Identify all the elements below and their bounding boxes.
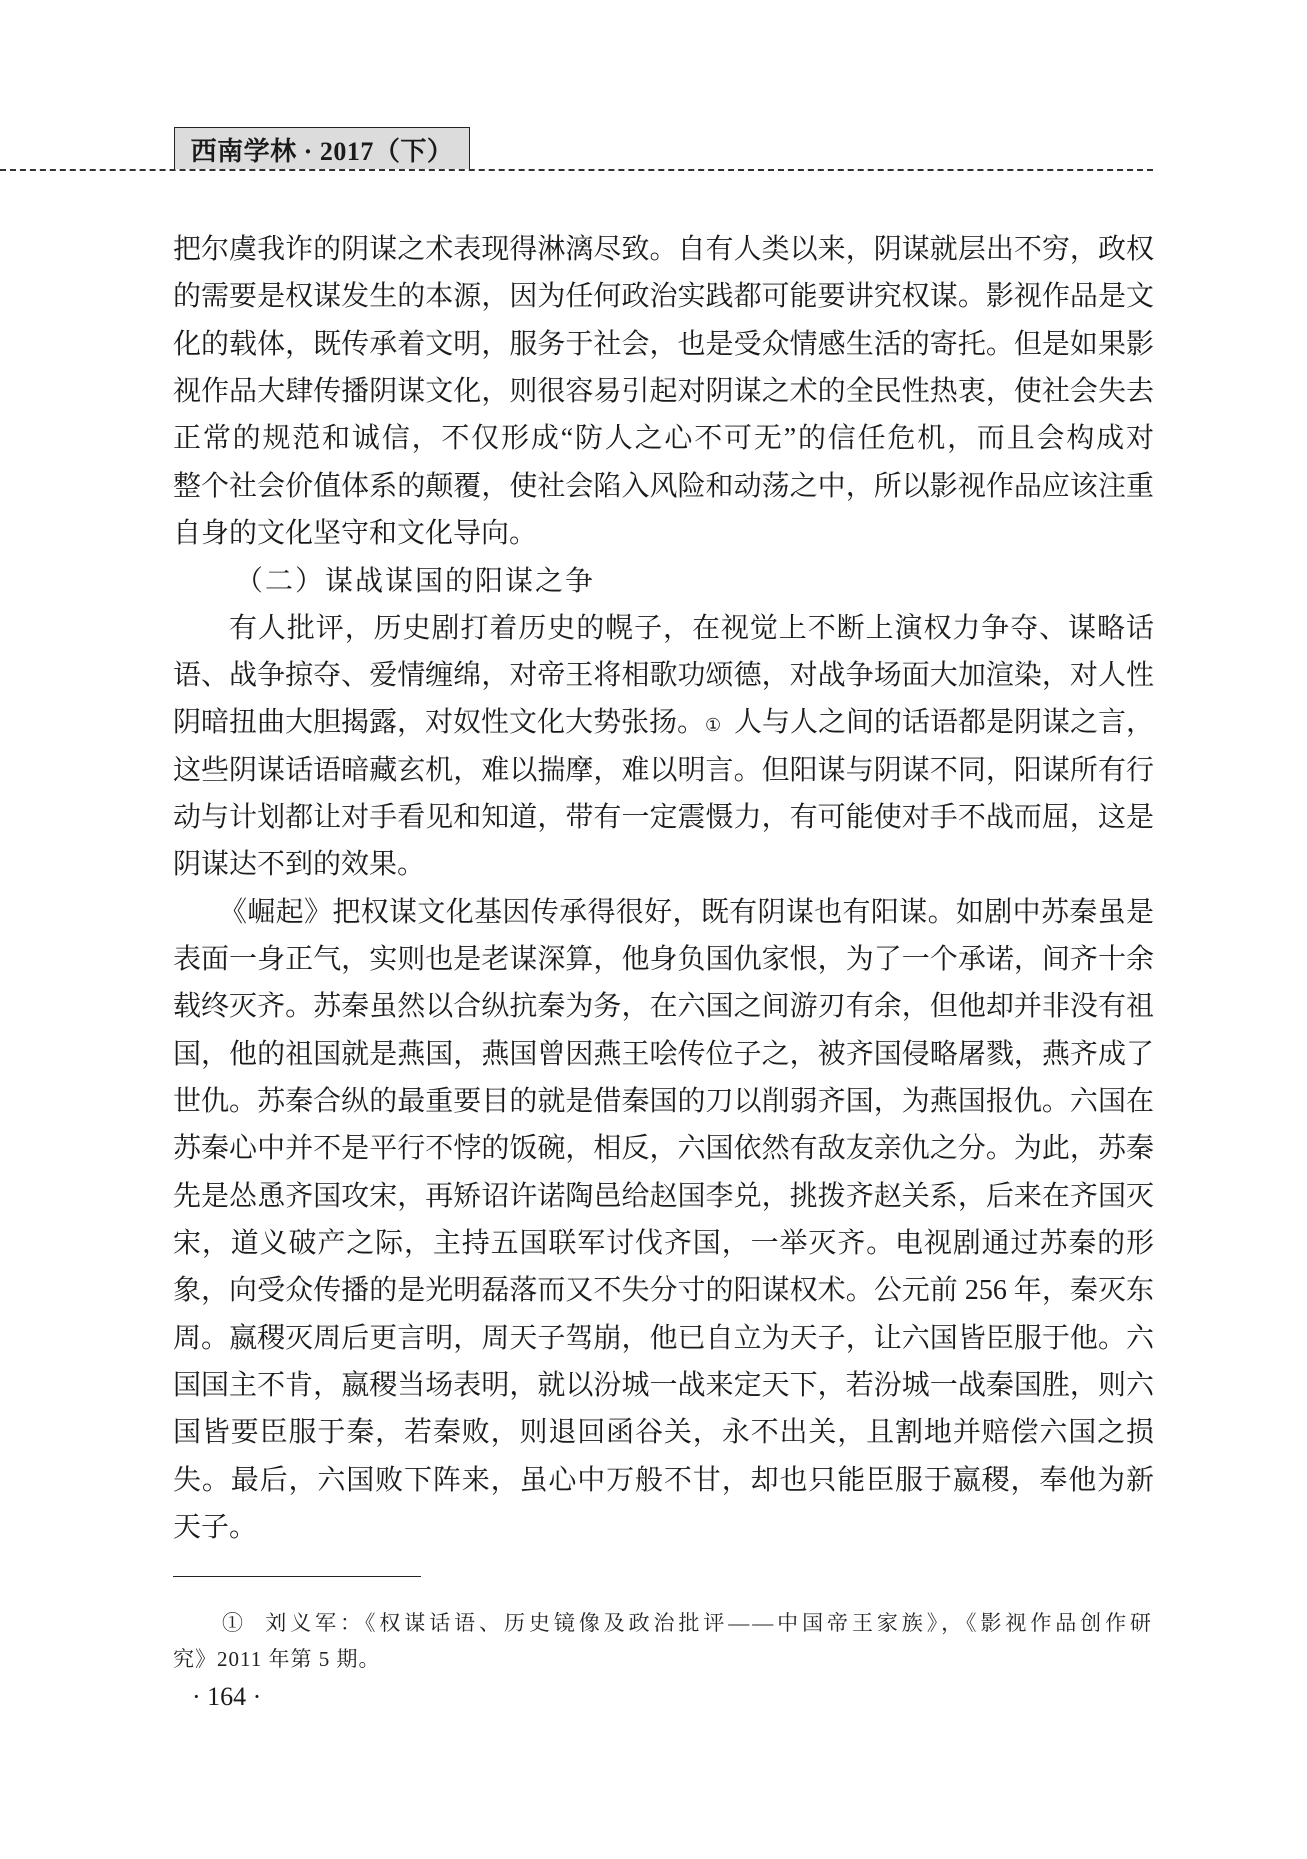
text-line: 正常的规范和诚信，不仅形成“防人之心不可无”的信任危机，而且会构成对 xyxy=(173,415,1154,462)
text-line: 自身的文化坚守和文化导向。 xyxy=(173,510,1154,557)
text-line: 有人批评，历史剧打着历史的幌子，在视觉上不断上演权力争夺、谋略话 xyxy=(173,605,1154,652)
running-head-box: 西南学林 · 2017（下） xyxy=(174,127,470,169)
page-number: · 164 · xyxy=(192,1682,261,1712)
text-line: 这些阴谋话语暗藏玄机，难以揣摩，难以明言。但阳谋与阴谋不同，阳谋所有行 xyxy=(173,747,1154,794)
footnote-marker: ① xyxy=(222,1611,247,1635)
text-line: 国，他的祖国就是燕国，燕国曾因燕王哙传位子之，被齐国侵略屠戮，燕齐成了 xyxy=(173,1031,1154,1078)
text-line: 整个社会价值体系的颠覆，使社会陷入风险和动荡之中，所以影视作品应该注重 xyxy=(173,463,1154,510)
footnote-1-line-2: 究》2011 年第 5 期。 xyxy=(173,1641,1154,1677)
journal-title: 西南学林 · 2017（下） xyxy=(191,131,454,168)
running-head-dashed-rule xyxy=(0,169,1153,171)
text-line: 世仇。苏秦合纵的最重要目的就是借秦国的刀以削弱齐国，为燕国报仇。六国在 xyxy=(173,1078,1154,1125)
paragraph-1: 把尔虞我诈的阴谋之术表现得淋漓尽致。自有人类以来，阴谋就层出不穷，政权 的需要是… xyxy=(173,226,1154,557)
paragraph-3: 《崛起》把权谋文化基因传承得很好，既有阴谋也有阳谋。如剧中苏秦虽是 表面一身正气… xyxy=(173,889,1154,1552)
footnotes: ① 刘义军：《权谋话语、历史镜像及政治批评——中国帝王家族》，《影视作品创作研 … xyxy=(173,1605,1154,1677)
text-line: 语、战争掠夺、爱情缠绵，对帝王将相歌功颂德，对战争场面大加渲染，对人性 xyxy=(173,652,1154,699)
text-line: 化的载体，既传承着文明，服务于社会，也是受众情感生活的寄托。但是如果影 xyxy=(173,321,1154,368)
footnote-separator xyxy=(173,1576,421,1577)
text-line: 《崛起》把权谋文化基因传承得很好，既有阴谋也有阳谋。如剧中苏秦虽是 xyxy=(173,889,1154,936)
text-line: 先是怂恿齐国攻宋，再矫诏许诺陶邑给赵国李兑，挑拨齐赵关系，后来在齐国灭 xyxy=(173,1173,1154,1220)
text-segment: 人与人之间的话语都是阴谋之言， xyxy=(734,699,1154,746)
footnote-text: 刘义军：《权谋话语、历史镜像及政治批评——中国帝王家族》，《影视作品创作研 xyxy=(265,1611,1154,1635)
text-line: 宋，道义破产之际，主持五国联军讨伐齐国，一举灭齐。电视剧通过苏秦的形 xyxy=(173,1220,1154,1267)
text-line: 视作品大肆传播阴谋文化，则很容易引起对阴谋之术的全民性热衷，使社会失去 xyxy=(173,368,1154,415)
text-line: 国国主不肯，嬴稷当场表明，就以汾城一战来定天下，若汾城一战秦国胜，则六 xyxy=(173,1362,1154,1409)
text-line: 苏秦心中并不是平行不悖的饭碗，相反，六国依然有敌友亲仇之分。为此，苏秦 xyxy=(173,1125,1154,1172)
text-line: 载终灭齐。苏秦虽然以合纵抗秦为务，在六国之间游刃有余，但他却并非没有祖 xyxy=(173,983,1154,1030)
body-text: 把尔虞我诈的阴谋之术表现得淋漓尽致。自有人类以来，阴谋就层出不穷，政权 的需要是… xyxy=(173,226,1154,1551)
text-line: 国皆要臣服于秦，若秦败，则退回函谷关，永不出关，且割地并赔偿六国之损 xyxy=(173,1409,1154,1456)
text-line-with-footnote: 阴暗扭曲大胆揭露，对奴性文化大势张扬。① 人与人之间的话语都是阴谋之言， xyxy=(173,699,1154,746)
section-heading: （二）谋战谋国的阳谋之争 xyxy=(173,557,1154,604)
text-line: 失。最后，六国败下阵来，虽心中万般不甘，却也只能臣服于嬴稷，奉他为新 xyxy=(173,1457,1154,1504)
text-line: 周。嬴稷灭周后更言明，周天子驾崩，他已自立为天子，让六国皆臣服于他。六 xyxy=(173,1315,1154,1362)
paragraph-2: 有人批评，历史剧打着历史的幌子，在视觉上不断上演权力争夺、谋略话 语、战争掠夺、… xyxy=(173,605,1154,889)
text-line: 表面一身正气，实则也是老谋深算，他身负国仇家恨，为了一个承诺，间齐十余 xyxy=(173,936,1154,983)
text-line: 象，向受众传播的是光明磊落而又不失分寸的阳谋权术。公元前 256 年，秦灭东 xyxy=(173,1267,1154,1314)
footnote-1-line-1: ① 刘义军：《权谋话语、历史镜像及政治批评——中国帝王家族》，《影视作品创作研 xyxy=(173,1605,1154,1641)
text-line: 把尔虞我诈的阴谋之术表现得淋漓尽致。自有人类以来，阴谋就层出不穷，政权 xyxy=(173,226,1154,273)
text-line: 的需要是权谋发生的本源，因为任何政治实践都可能要讲究权谋。影视作品是文 xyxy=(173,273,1154,320)
text-segment: 阴暗扭曲大胆揭露，对奴性文化大势张扬。 xyxy=(173,699,705,746)
text-line: 阴谋达不到的效果。 xyxy=(173,841,1154,888)
text-line: 动与计划都让对手看见和知道，带有一定震慑力，有可能使对手不战而屈，这是 xyxy=(173,794,1154,841)
text-line: 天子。 xyxy=(173,1504,1154,1551)
